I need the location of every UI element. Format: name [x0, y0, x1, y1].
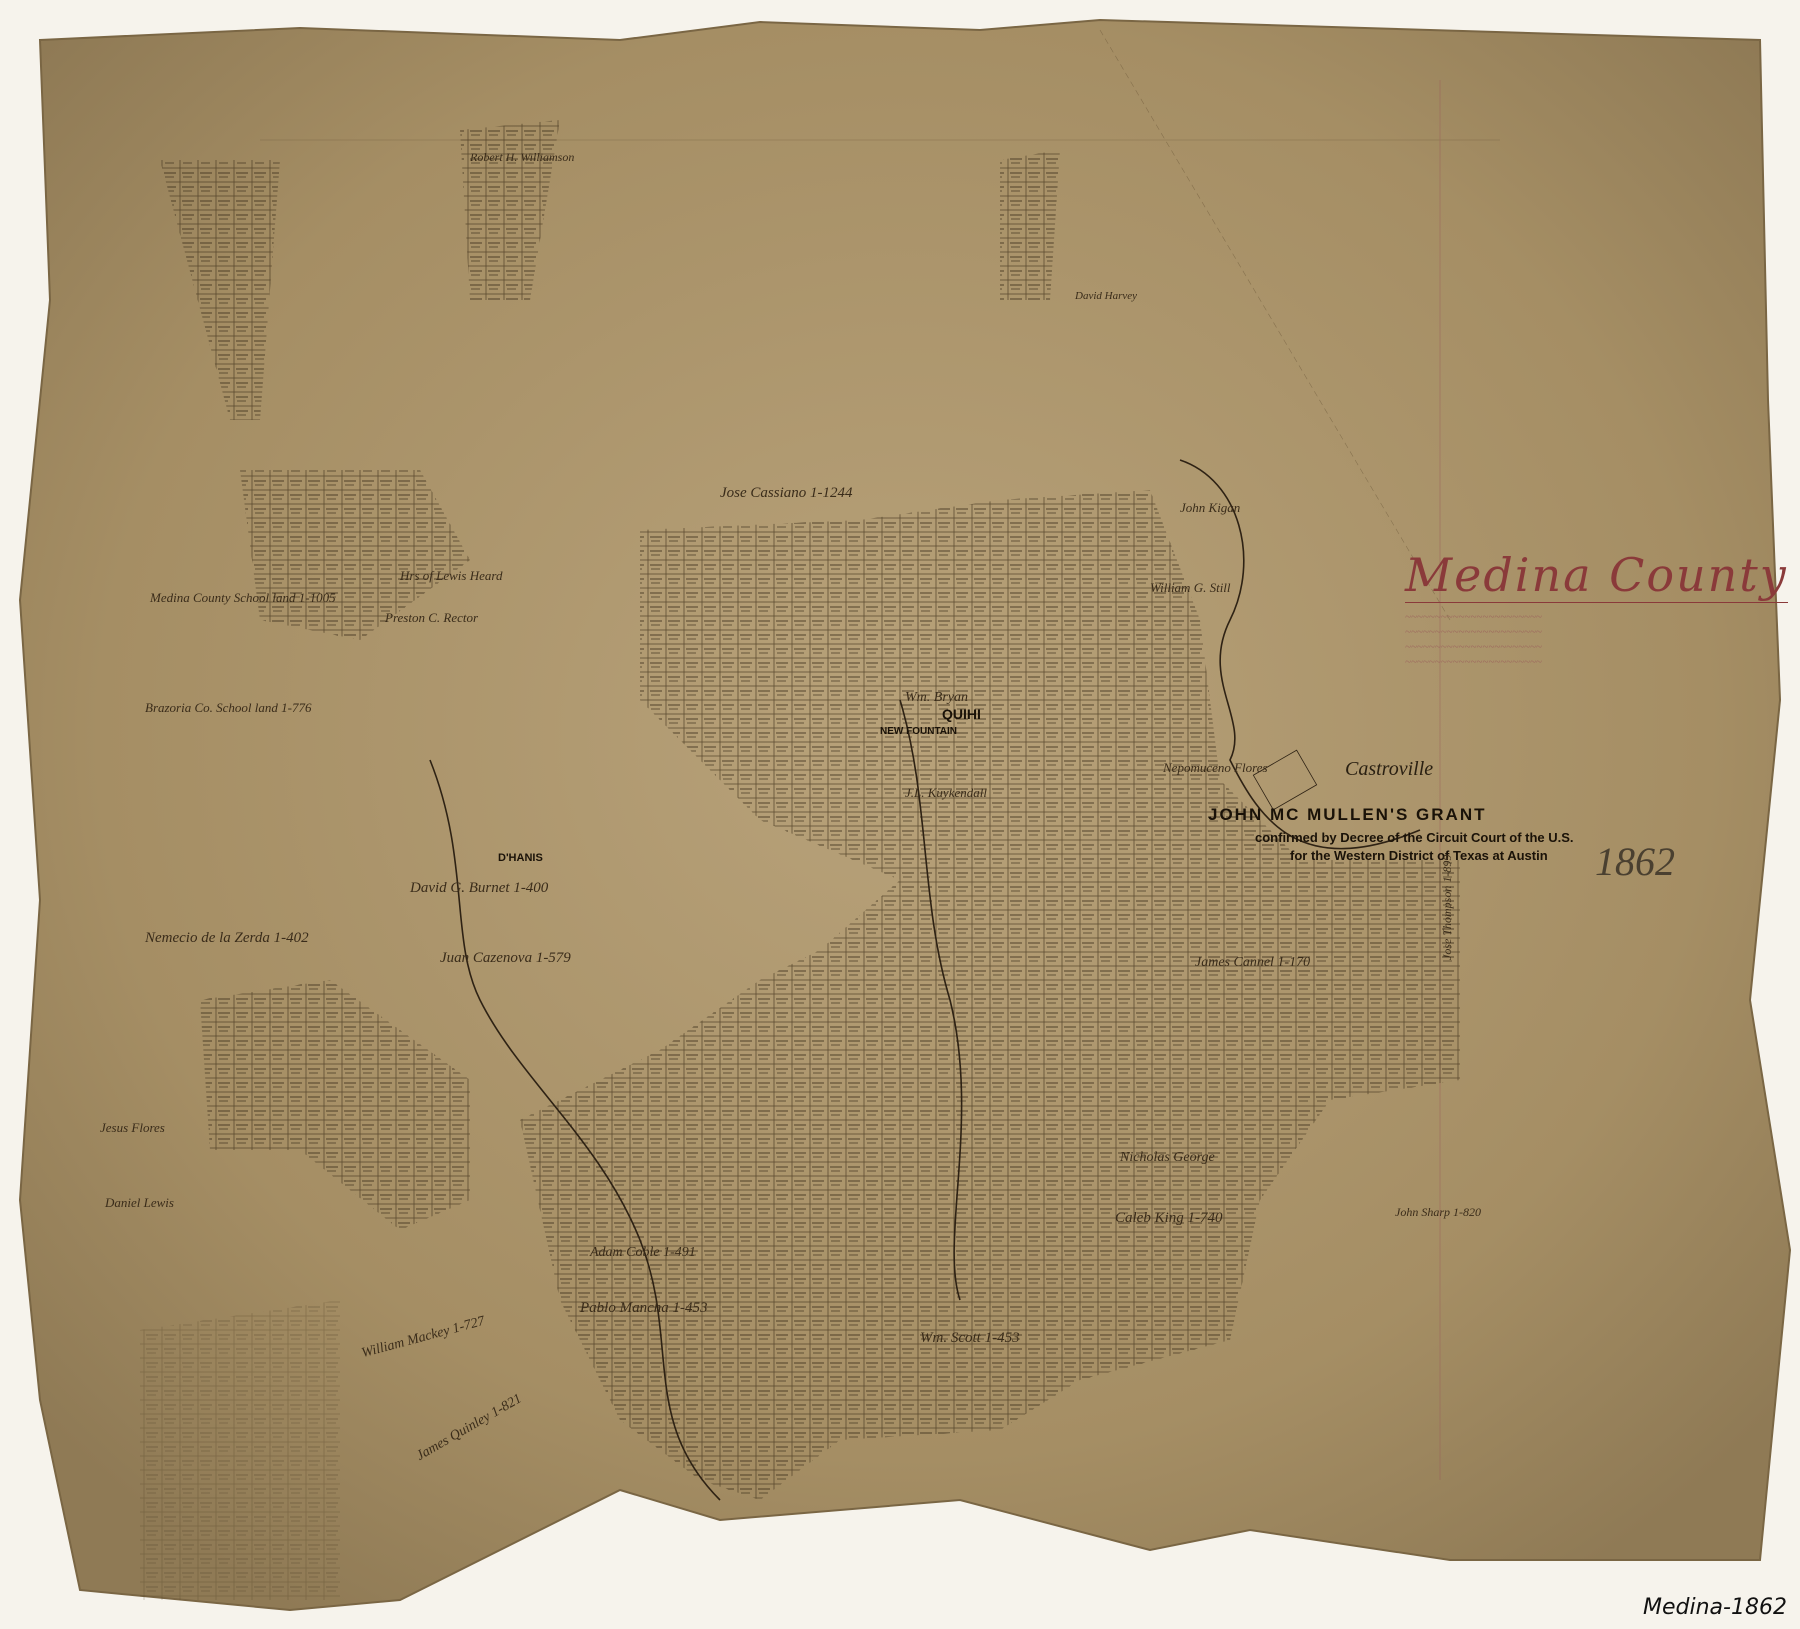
survey-label: David G. Burnet 1-400 [410, 880, 548, 897]
town-castroville: Castroville [1345, 758, 1433, 781]
survey-label: Hrs of Lewis Heard [400, 568, 502, 584]
survey-label: Medina County School land 1-1005 [150, 590, 336, 606]
survey-label: John Kigan [1180, 500, 1240, 516]
survey-label: David Harvey [1075, 290, 1137, 302]
map-title: Medina County [1405, 548, 1788, 603]
survey-label: Caleb King 1-740 [1115, 1210, 1223, 1227]
survey-label: Nepomuceno Flores [1163, 760, 1268, 776]
grant-title: JOHN MC MULLEN'S GRANT [1208, 805, 1486, 825]
grant-line-1: confirmed by Decree of the Circuit Court… [1255, 830, 1574, 845]
town-quihi: QUIHI [942, 706, 981, 722]
survey-label: Brazoria Co. School land 1-776 [145, 700, 311, 716]
survey-label: Jose Cassiano 1-1244 [720, 485, 853, 502]
survey-label: John Sharp 1-820 [1395, 1205, 1481, 1220]
town-new-fountain: NEW FOUNTAIN [880, 726, 957, 737]
map-sheet: Medina County ~~~~~~~~~~~~~~~~~~~~~~~~~~… [0, 0, 1800, 1629]
grant-line-2: for the Western District of Texas at Aus… [1290, 848, 1548, 863]
year-annotation: 1862 [1595, 838, 1675, 885]
survey-label: Preston C. Rector [385, 610, 478, 626]
survey-label: J.L. Kuykendall [905, 785, 987, 801]
survey-label: Juan Cazenova 1-579 [440, 950, 571, 967]
map-paper-svg [0, 0, 1800, 1629]
survey-label: James Cannel 1-170 [1195, 955, 1310, 971]
survey-label: Adam Coble 1-491 [590, 1245, 696, 1261]
title-notes: ~~~~~~~~~~~~~~~~~~~~~~~~~~~~~~~~~~~~~~~~… [1405, 610, 1705, 670]
town-dhanis: D'HANIS [498, 852, 543, 864]
survey-label: William G. Still [1150, 580, 1231, 596]
survey-label: Jesus Flores [100, 1120, 165, 1136]
survey-label: Robert H. Williamson [470, 150, 574, 165]
catalog-caption: Medina-1862 [1643, 1595, 1787, 1620]
survey-label: Nemecio de la Zerda 1-402 [145, 930, 309, 947]
survey-label: Nicholas George [1120, 1150, 1215, 1166]
survey-label: Pablo Mancha 1-453 [580, 1300, 707, 1317]
survey-label: Wm. Scott 1-453 [920, 1330, 1020, 1347]
survey-label: Wm. Bryan [905, 690, 968, 706]
survey-label: Daniel Lewis [105, 1195, 174, 1211]
survey-label: Jose Thompson 1-899 [1440, 855, 1455, 960]
